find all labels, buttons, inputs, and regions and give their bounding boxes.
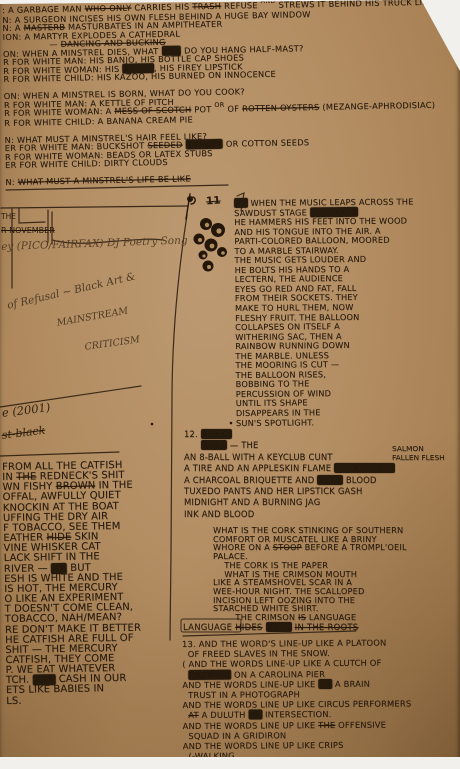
label-item-11: 11 (206, 195, 221, 208)
music-leaps-passage: XX WHEN THE MUSIC LEAPS ACROSS THESAWDUS… (234, 197, 415, 428)
manuscript-line: INK AND BLOOD (184, 509, 395, 520)
manuscript-line: A CHARCOAL BRIQUETTE AND XXXX BLOOD (184, 475, 395, 486)
manuscript-line: TUXEDO PANTS AND HER LIPSTICK GASH (184, 486, 395, 497)
manuscript-line: LANGUAGE HIDES XXXX IN THE ROOTS (183, 622, 358, 632)
manuscript-line: SUN'S SPOTLIGHT. (236, 417, 415, 428)
manuscript-line: MIDNIGHT AND A BURNING JAG (184, 497, 395, 508)
language-roots-line: LANGUAGE HIDES XXXX IN THE ROOTS (183, 622, 358, 632)
balloon-sketch-icon (194, 218, 228, 272)
manuscript-line: (-WALKING (183, 750, 412, 762)
ink-dots (151, 422, 233, 426)
section-12-margin-note: SALMONFALLEN FLESH (392, 444, 445, 462)
label-november: R NOVEMBER (1, 226, 55, 235)
section-13-list: 13. AND THE WORD'S LINE-UP LIKE A PLATOO… (182, 637, 412, 761)
manuscript-line: THE CRIMSON IS LANGUAGE (213, 613, 407, 622)
manuscript-line: XXXX — THE (184, 440, 395, 451)
label-the: THE (1, 212, 16, 221)
manuscript-line: A TIRE AND AN APPLESKIN FLAME XXXXXXXXXX (184, 463, 395, 474)
manuscript-line: FALLEN FLESH (392, 453, 445, 462)
manuscript-line: AN 8-BALL WITH A KEYCLUB CUNT (184, 452, 395, 463)
scanned-manuscript-page: : A GARBAGE MAN WHO ONLY CARRIES HIS TRA… (0, 0, 460, 769)
catfish-passage: FROM ALL THE CATFISHIN THE REDNECK'S SHI… (2, 461, 142, 707)
manuscript-line: SALMON (392, 444, 445, 453)
cork-passage: WHAT IS THE CORK STINKING OF SOUTHERNCOM… (213, 526, 407, 622)
section-12-list: 12. XXXXX XXXX — THEAN 8-BALL WITH A KEY… (184, 429, 395, 520)
kraft-paper: : A GARBAGE MAN WHO ONLY CARRIES HIS TRA… (0, 0, 460, 769)
manuscript-line: AND THE WORDS LINE UP LIKE THE OFFENSIVE (183, 719, 412, 731)
manuscript-line: 12. XXXXX (184, 429, 395, 440)
minstrel-questions-block: : A GARBAGE MAN WHO ONLY CARRIES HIS TRA… (2, 0, 460, 186)
